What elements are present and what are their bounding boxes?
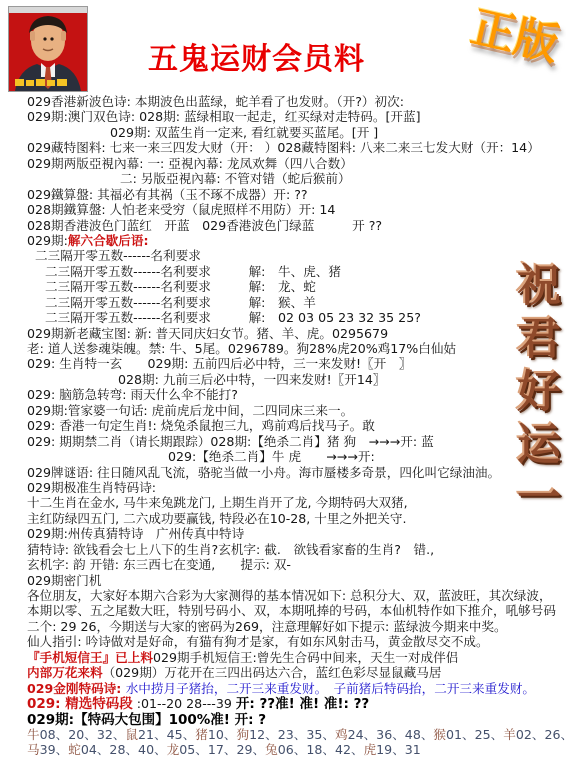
text-line: 十二生肖在金水, 马牛来兔跳龙门, 上期生肖开了龙, 今期特码大双猪, [27,495,566,510]
text-run: 028期鐵算盤: 人怕老来受穷（鼠虎照样不用防）开: 14 [27,202,335,217]
text-run: 029: 香港一句定生肖!: 烧兔杀鼠抱三九，鸡前鸡后找马子。敢 [27,418,375,433]
text-run: 牛 [27,727,40,742]
page-title: 五鬼运财会员料 [148,34,365,78]
text-run: 解六合歇后语: [68,233,149,248]
text-line: 029期:【特码大包围】100%准! 开: ? [27,712,566,727]
text-run: 狗 [237,727,250,742]
text-run: 21、45、 [138,727,195,742]
text-line: 029: 脑筋急转弯: 雨天什么伞不能打? [27,387,566,402]
text-line: 玄机字: 韵 开错: 东三西七在变通, 提示: 双- [27,557,566,572]
text-run: 029期: 双蓝生肖一定来, 看红就要买蓝尾。[开 ] [110,125,378,140]
text-run: 029: 脑筋急转弯: 雨天什么伞不能打? [27,387,238,402]
text-run: （029期）万花开在三四出码达六合，蓝红色彩尽显鼠藏马居 [103,665,442,680]
text-run: 029: 生肖特一玄 029期: 五前四后必中特，三一来发财!〖开 〗 [27,356,411,371]
text-run: 虎 [364,742,377,757]
text-run: 猪 [195,727,208,742]
text-line: 029金刚特码诗: 水中捞月子猪抬，二开三来重发财。 子前猪后特码抬，二开三来重… [27,681,566,696]
text-run: 马 [27,742,40,757]
text-run: 029期: [27,233,68,248]
text-line: 029: 期期禁二肖（请长期跟踪）028期:【绝杀二肖】猪 狗 →→→开: 蓝 [27,434,566,449]
text-run: 二三隔开零五数------名利要求 解: 02 03 05 23 32 35 2… [45,310,421,325]
text-line: 029期极准生肖特码诗: [27,480,566,495]
text-run: 029鐵算盤: 其福必有其祸（玉不琢不成器）开: ?? [27,187,308,202]
text-line: 029: 生肖特一玄 029期: 五前四后必中特，三一来发财!〖开 〗 [27,356,566,371]
text-run: :01--20 28---39 [133,696,236,711]
text-run: 水中捞月子猪抬，二开三来重发财。 子前猪后特码抬，二开三来重发财。 [126,681,535,696]
text-run: 猜特诗: 欲钱看会七上八下的生肖?玄机字: 截. 欲钱看家畜的生肖? 错., [27,542,434,557]
text-line: 028期香港波色门蓝红 开蓝 029香港波色门绿蓝 开 ?? [27,218,566,233]
text-line: 『手机短信王』已上料029期手机短信王:曾先生合码中间来，天生一对成伴侣 [27,650,566,665]
text-run: 12、23、35、 [249,727,335,742]
text-run: 029期:澳门双色诗: 028期: 蓝绿相取一起走，红买绿对走特码。[开蓝] [27,109,420,124]
text-line: 028期鐵算盤: 人怕老来受穷（鼠虎照样不用防）开: 14 [27,202,566,217]
text-run: 028期香港波色门蓝红 开蓝 029香港波色门绿蓝 开 ?? [27,218,382,233]
text-run: 04、28、40、 [81,742,167,757]
text-run: 029期极准生肖特码诗: [27,480,156,495]
text-run: 二: 另版亞視內幕: 不管对错（蛇后猴前） [120,171,351,186]
text-run: 二三隔开零五数------名利要求 [35,248,201,263]
text-line: 各位朋友，大家好本期六合彩为大家测得的基本情况如下: 总积分大、双，蓝波旺，其次… [27,588,566,603]
text-line: 029: 精选特码段 :01--20 28---39 开: ??准! 准! 准!… [27,696,566,711]
authenticity-stamp: 正版 [466,0,566,73]
text-line: 二: 另版亞視內幕: 不管对错（蛇后猴前） [27,171,566,186]
text-line: 029期:管家婆一句话: 虎前虎后龙中间，二四同床三来一。 [27,403,566,418]
text-run: 『手机短信王』已上料 [27,650,153,665]
text-run: 08、20、32、 [40,727,126,742]
text-run: 主红防绿四五门, 二六成功要赢钱, 特段必在10-28, 十里之外把关守. [27,511,406,526]
text-run: 玄机字: 韵 开错: 东三西七在变通, 提示: 双- [27,557,291,572]
text-line: 二三隔开零五数------名利要求 解: 猴、羊 [27,295,566,310]
text-run: 兔 [265,742,278,757]
text-run: 029牌谜语: 往日随风乱飞流，骆驼当做一小舟。海市蜃楼多奇景，四化叫它绿油油。 [27,465,500,480]
text-run: 39、 [40,742,69,757]
text-run: 029期密门机 [27,573,101,588]
text-run: 蛇 [68,742,81,757]
text-run: 02、26、 [516,727,566,742]
content-lines: 029香港新波色诗: 本期波色出蓝绿，蛇羊看了也发财。（开?）初次:029期:澳… [0,94,566,758]
text-run: 029香港新波色诗: 本期波色出蓝绿，蛇羊看了也发财。（开?）初次: [27,94,404,109]
photo-watermark [15,79,67,86]
text-line: 二个: 29 26，今期送与大家的密码为269，注意理解好如下提示: 蓝绿波今期… [27,619,566,634]
text-run: 05、17、29、 [179,742,265,757]
text-line: 029牌谜语: 往日随风乱飞流，骆驼当做一小舟。海市蜃楼多奇景，四化叫它绿油油。 [27,465,566,480]
text-run: 029藏特图料: 七来一来三四发大财（开： ）028藏特图料: 八来二来三七发大… [27,140,540,155]
text-run: 06、18、42、 [278,742,364,757]
text-line: 仙人指引: 吟诗做对是好命，有猫有狗才是家，有如东风射击马，黄金散尽交不成。 [27,634,566,649]
text-run: 029: 期期禁二肖（请长期跟踪）028期:【绝杀二肖】猪 狗 →→→开: 蓝 [27,434,434,449]
text-run: 各位朋友，大家好本期六合彩为大家测得的基本情况如下: 总积分大、双，蓝波旺，其次… [27,588,552,603]
text-line: 内部万花来料（029期）万花开在三四出码达六合，蓝红色彩尽显鼠藏马居 [27,665,566,680]
text-run: 仙人指引: 吟诗做对是好命，有猫有狗才是家，有如东风射击马，黄金散尽交不成。 [27,634,489,649]
text-run: 二三隔开零五数------名利要求 解: 牛、虎、猪 [45,264,341,279]
text-line: 二三隔开零五数------名利要求 解: 牛、虎、猪 [27,264,566,279]
portrait-image [9,7,87,91]
text-run: 029:【绝杀二肖】牛 虎 →→→开: [168,449,375,464]
text-line: 二三隔开零五数------名利要求 解: 02 03 05 23 32 35 2… [27,310,566,325]
text-run: 029期:【特码大包围】100%准! 开: ? [27,712,266,728]
text-run: 029金刚特码诗: [27,681,126,696]
text-run: 十二生肖在金水, 马牛来兔跳龙门, 上期生肖开了龙, 今期特码大双猪, [27,495,408,510]
text-run: 二三隔开零五数------名利要求 解: 龙、蛇 [45,279,316,294]
text-line: 马39、蛇04、28、40、龙05、17、29、兔06、18、42、虎19、31 [27,742,566,757]
text-line: 029:【绝杀二肖】牛 虎 →→→开: [27,449,566,464]
text-line: 029香港新波色诗: 本期波色出蓝绿，蛇羊看了也发财。（开?）初次: [27,94,566,109]
text-run: 029期:州传真猜特诗 广州传真中特诗 [27,526,244,541]
text-run: 本期以零、五之尾数大旺，特别号码小、双，本期吼捧的号码，本仙机特作如下推介，吼够… [27,603,556,618]
text-run: 028期: 九前三后必中特，一四来发财!〖开14〗 [118,372,385,387]
text-line: 029期: 双蓝生肖一定来, 看红就要买蓝尾。[开 ] [27,125,566,140]
text-run: 龙 [167,742,180,757]
text-line: 028期: 九前三后必中特，一四来发财!〖开14〗 [27,372,566,387]
text-run: 01、25、 [446,727,503,742]
text-line: 本期以零、五之尾数大旺，特别号码小、双，本期吼捧的号码，本仙机特作如下推介，吼够… [27,603,566,618]
text-run: 二个: 29 26，今期送与大家的密码为269，注意理解好如下提示: 蓝绿波今期… [27,619,507,634]
text-run: 开: ??准! 准! 准!: ?? [236,696,369,712]
text-run: 鸡 [335,727,348,742]
text-line: 029期两版亞視內幕: 一: 亞視內幕: 龙凤欢舞（四八合数） [27,156,566,171]
text-line: 029鐵算盤: 其福必有其祸（玉不琢不成器）开: ?? [27,187,566,202]
text-line: 二三隔开零五数------名利要求 [27,248,566,263]
text-run: 029期:管家婆一句话: 虎前虎后龙中间，二四同床三来一。 [27,403,353,418]
text-line: 029期:澳门双色诗: 028期: 蓝绿相取一起走，红买绿对走特码。[开蓝] [27,109,566,124]
text-line: 老: 道人送参魂柒魄。禁: 牛、5尾。0296789。狗28%虎20%鸡17%白… [27,341,566,356]
text-line: 029期密门机 [27,573,566,588]
text-run: 二三隔开零五数------名利要求 解: 猴、羊 [45,295,316,310]
text-run: 老: 道人送参魂柒魄。禁: 牛、5尾。0296789。狗28%虎20%鸡17%白… [27,341,456,356]
text-run: 029期手机短信王:曾先生合码中间来，天生一对成伴侣 [153,650,458,665]
text-run: 029: 精选特码段 [27,696,133,712]
text-run: 24、36、48、 [348,727,434,742]
text-line: 029藏特图料: 七来一来三四发大财（开： ）028藏特图料: 八来二来三七发大… [27,140,566,155]
presenter-photo [8,6,88,92]
text-run: 10、 [208,727,237,742]
text-line: 二三隔开零五数------名利要求 解: 龙、蛇 [27,279,566,294]
text-line: 029期:州传真猜特诗 广州传真中特诗 [27,526,566,541]
text-line: 牛08、20、32、鼠21、45、猪10、狗12、23、35、鸡24、36、48… [27,727,566,742]
page-root: 五鬼运财会员料 正版 祝君好运一 029香港新波色诗: 本期波色出蓝绿，蛇羊看了… [0,0,566,767]
text-line: 029期新老藏宝图: 新: 普天同庆妇女节。猪、羊、虎。0295679 [27,326,566,341]
text-run: 029期新老藏宝图: 新: 普天同庆妇女节。猪、羊、虎。0295679 [27,326,388,341]
text-run: 内部万花来料 [27,665,103,680]
text-run: 猴 [433,727,446,742]
text-line: 主红防绿四五门, 二六成功要赢钱, 特段必在10-28, 十里之外把关守. [27,511,566,526]
text-line: 猜特诗: 欲钱看会七上八下的生肖?玄机字: 截. 欲钱看家畜的生肖? 错., [27,542,566,557]
text-run: 羊 [503,727,516,742]
text-run: 029期两版亞視內幕: 一: 亞視內幕: 龙凤欢舞（四八合数） [27,156,353,171]
text-line: 029期:解六合歇后语: [27,233,566,248]
text-line: 029: 香港一句定生肖!: 烧兔杀鼠抱三九，鸡前鸡后找马子。敢 [27,418,566,433]
text-run: 19、31 [376,742,421,757]
text-run: 鼠 [125,727,138,742]
